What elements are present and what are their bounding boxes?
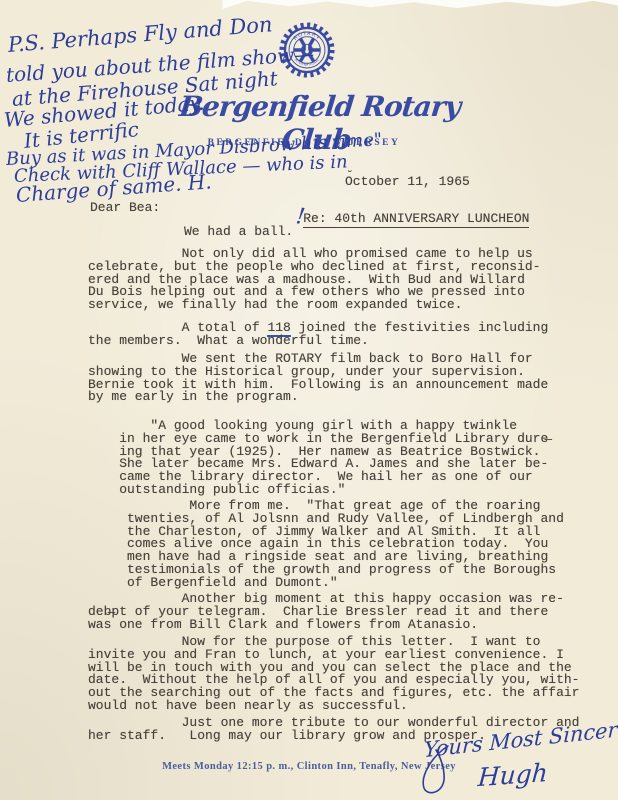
torn-paper-edge <box>0 0 618 9</box>
quote-girl: "A good looking young girl with a happy … <box>88 420 548 497</box>
paragraph-total: A total of 118 joined the festivities in… <box>88 322 548 348</box>
letter-date: October 11, 1965 <box>345 176 470 189</box>
paragraph-film: We sent the ROTARY film back to Boro Hal… <box>88 353 548 404</box>
subject-line: Re: 40th ANNIVERSARY LUNCHEON <box>272 200 529 238</box>
subject-text: Re: 40th ANNIVERSARY LUNCHEON <box>303 211 529 228</box>
paragraph-purpose: Now for the purpose of this letter. I wa… <box>88 636 579 713</box>
salutation: Dear Bea: <box>90 202 160 215</box>
signature-name: Hugh <box>477 758 549 792</box>
quote-more-from-me: More from me. "That great age of the roa… <box>88 500 564 590</box>
paragraph-telegram: Another big moment at this happy occasio… <box>88 593 564 631</box>
letter-paper: ROTARY INTERNATIONAL Bergenfield Rotary … <box>0 0 618 800</box>
paragraph-reconsidered: Not only did all who promised came to he… <box>88 248 540 312</box>
opening-line: We had a ball. <box>184 226 293 239</box>
